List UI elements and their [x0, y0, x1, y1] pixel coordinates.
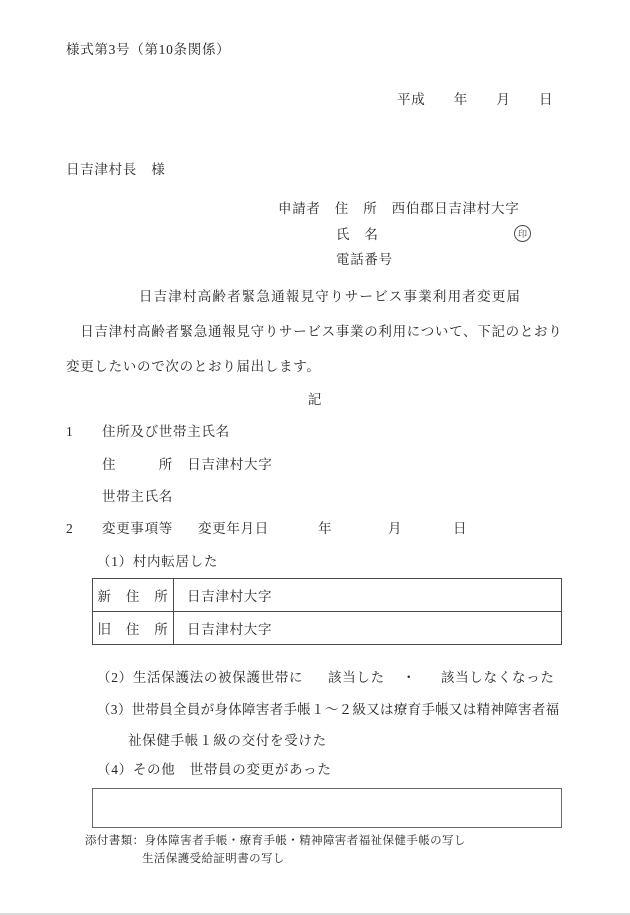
seal-character: 印 [518, 227, 527, 240]
section1-heading: 住所及び世帯主氏名 [102, 424, 230, 439]
table-row-old-address: 旧 住 所 日吉津村大字 [93, 612, 562, 645]
applicant-name-row: 氏 名 [336, 227, 379, 242]
section2-heading: 変更事項等 [102, 521, 173, 536]
item2-label: （2）生活保護法の被保護世帯に [97, 670, 303, 685]
item2-option1: 該当した [328, 670, 385, 685]
document-title: 日吉津村高齢者緊急通報見守りサービス事業利用者変更届 [0, 289, 630, 304]
change-date-label: 変更年月日 [198, 521, 269, 536]
old-address-label: 旧 住 所 [93, 612, 174, 645]
new-address-value: 日吉津村大字 [174, 579, 562, 612]
document-page: 様式第3号（第10条関係） 平成 年 月 日 日吉津村長 様 申請者 住 所 西… [0, 0, 630, 915]
item2-option2: 該当しなくなった [441, 670, 555, 685]
item4-label: （4）その他 世帯員の変更があった [97, 762, 332, 777]
old-address-value: 日吉津村大字 [174, 612, 562, 645]
item2-separator: ・ [402, 670, 416, 685]
record-marker: 記 [0, 392, 630, 407]
item3-line1: （3）世帯員全員が身体障害者手帳１～２級又は療育手帳又は精神障害者福 [97, 702, 559, 717]
section2-number: 2 [66, 521, 73, 536]
section1-number: 1 [66, 424, 73, 439]
form-number: 様式第3号（第10条関係） [66, 42, 230, 57]
section1-address-line: 住 所 日吉津村大字 [102, 457, 272, 472]
item1-label: （1）村内転居した [97, 554, 218, 569]
change-date-day-label: 日 [453, 521, 467, 536]
change-date-month-label: 月 [388, 521, 402, 536]
applicant-address-row: 申請者 住 所 西伯郡日吉津村大字 [278, 201, 519, 216]
date-line: 平成 年 月 日 [397, 92, 553, 107]
seal-icon: 印 [514, 225, 531, 242]
table-row-new-address: 新 住 所 日吉津村大字 [93, 579, 562, 612]
attachments-line2: 生活保護受給証明書の写し [142, 852, 285, 867]
applicant-phone-row: 電話番号 [336, 252, 393, 267]
section1-householder-line: 世帯主氏名 [102, 489, 173, 504]
body-paragraph-line2: 変更したいので次のとおり届出します。 [66, 359, 321, 374]
addressee: 日吉津村長 様 [66, 162, 165, 177]
body-paragraph-line1: 日吉津村高齢者緊急通報見守りサービス事業の利用について、下記のとおり [66, 324, 562, 339]
address-change-table: 新 住 所 日吉津村大字 旧 住 所 日吉津村大字 [92, 578, 562, 645]
new-address-label: 新 住 所 [93, 579, 174, 612]
change-date-year-label: 年 [318, 521, 332, 536]
other-changes-box [92, 788, 562, 828]
item3-line2: 祉保健手帳１級の交付を受けた [128, 733, 327, 748]
attachments-line1: 添付書類：身体障害者手帳・療育手帳・精神障害者福祉保健手帳の写し [85, 834, 466, 849]
